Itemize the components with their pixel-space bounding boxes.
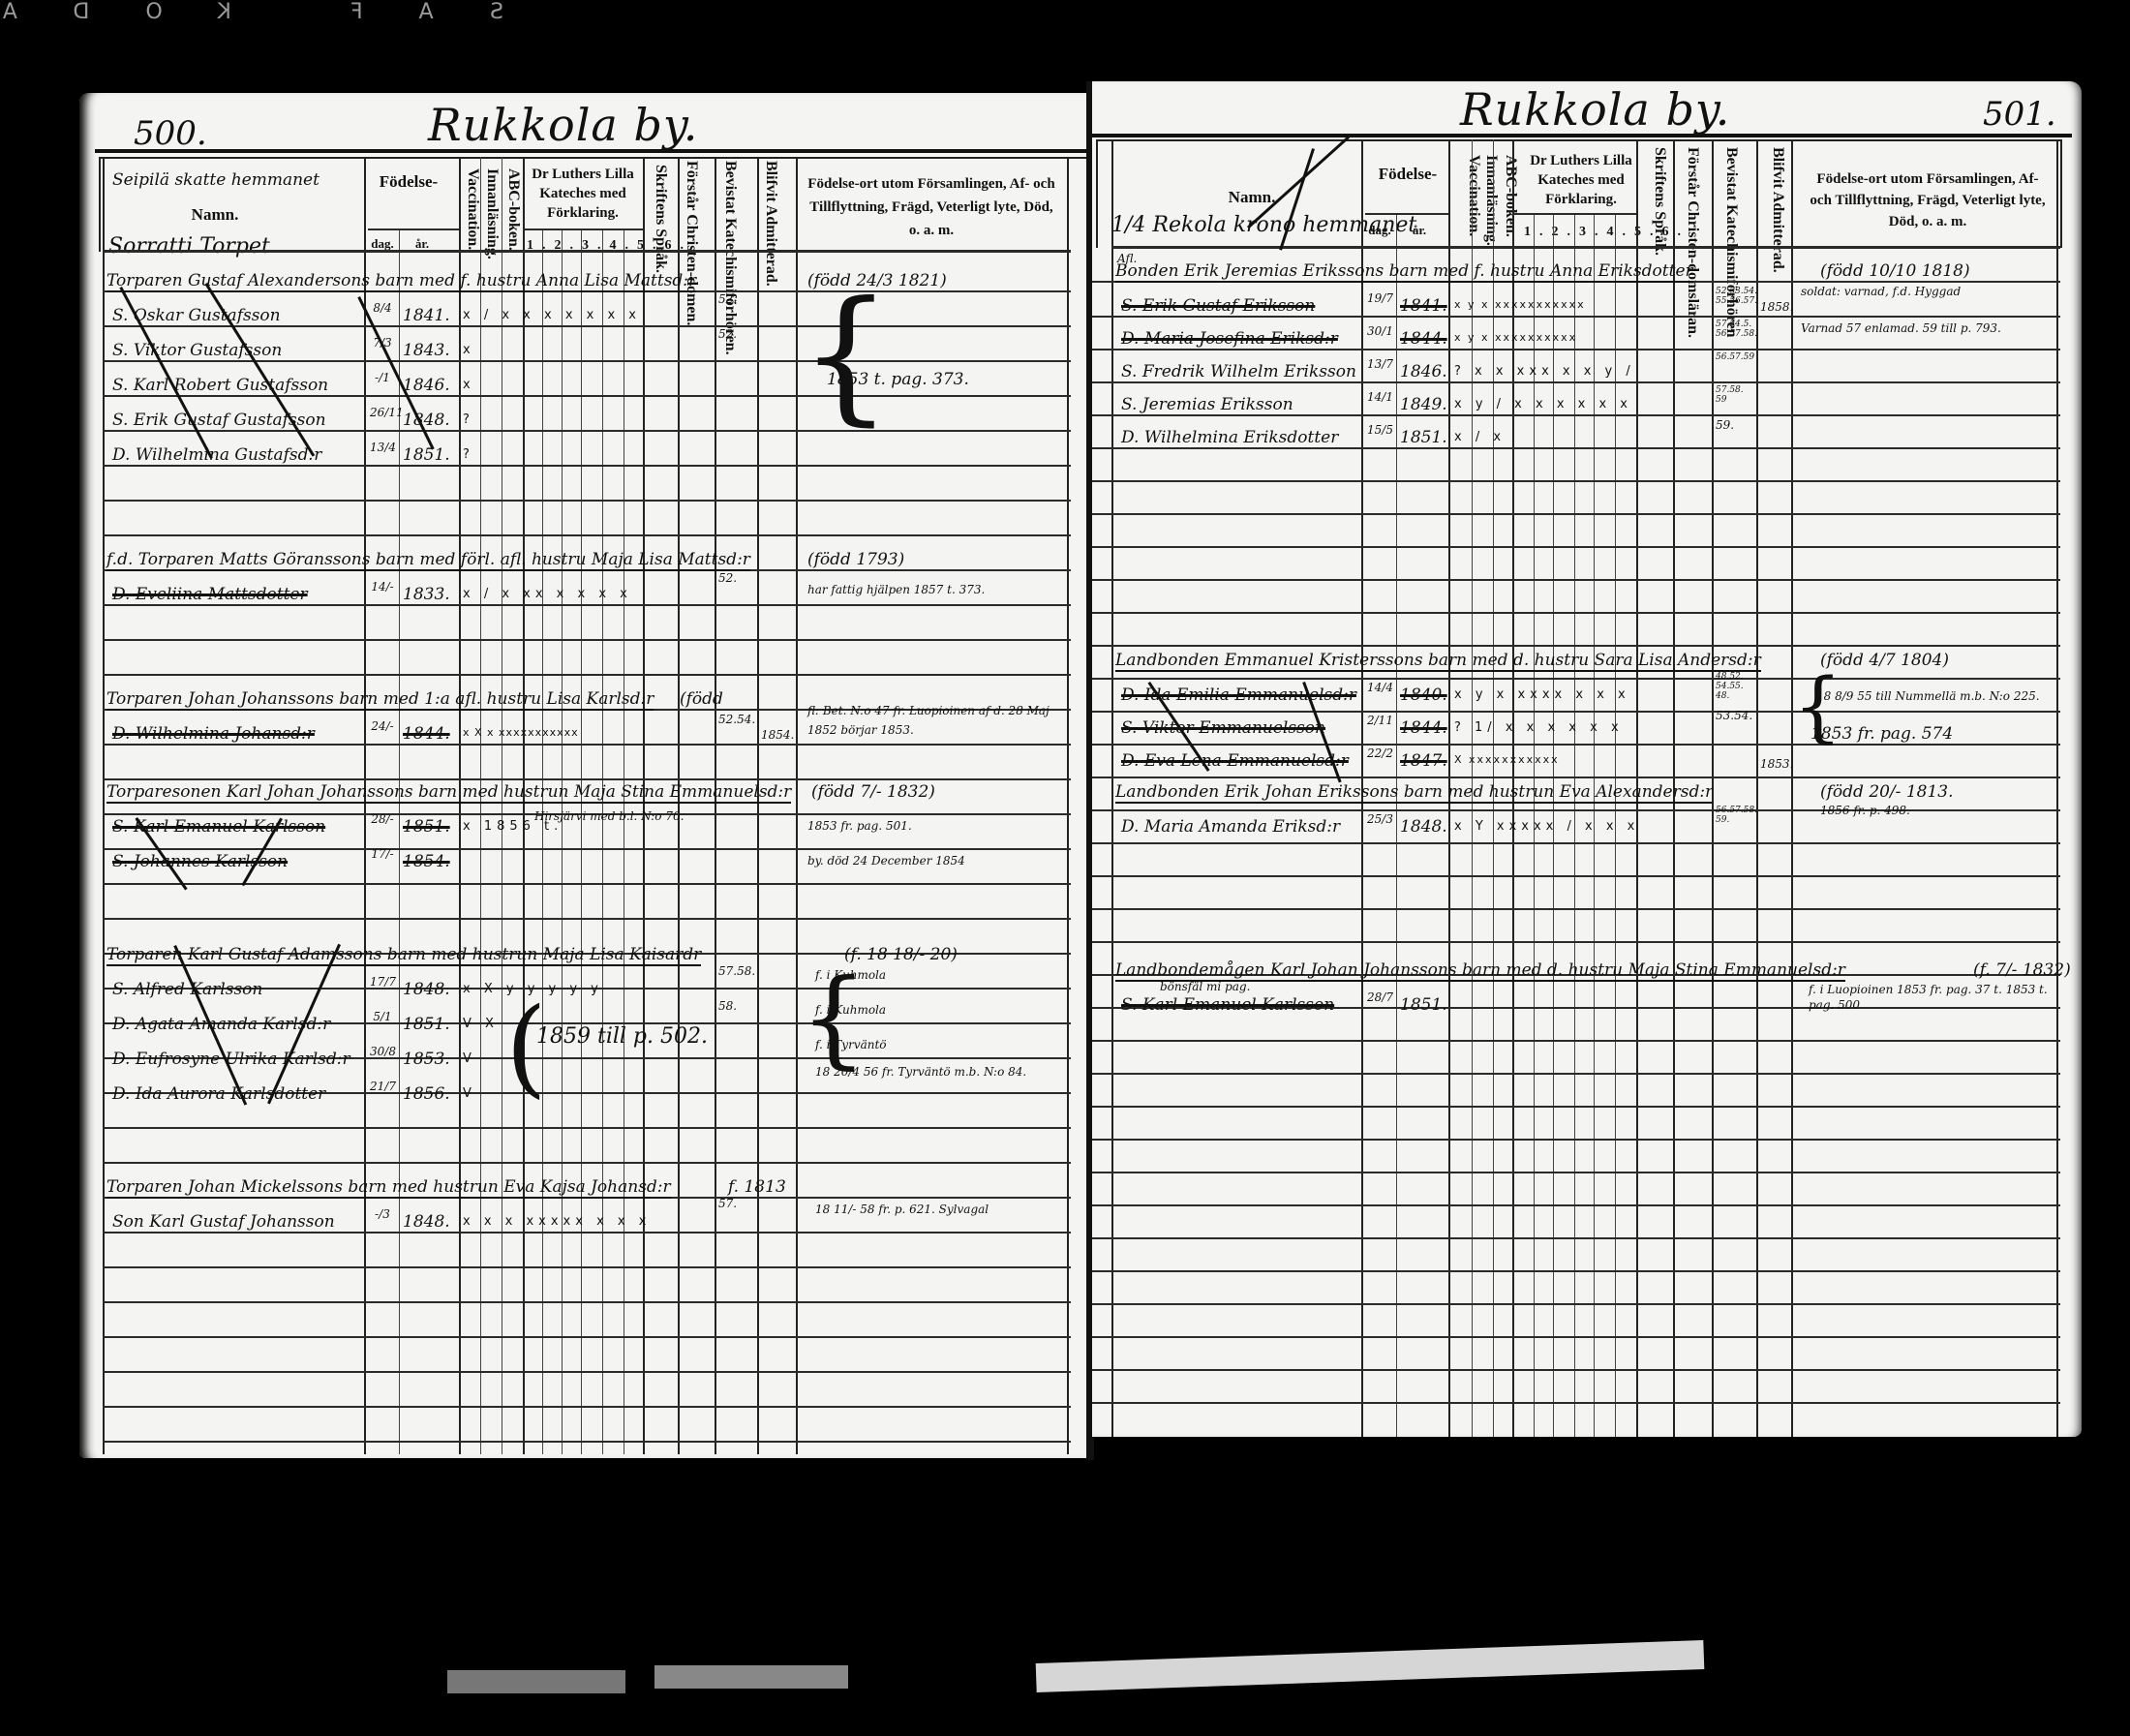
row-rule <box>1092 941 2060 943</box>
member-year: 1844. <box>1400 718 1447 738</box>
header-bottom-rule <box>103 250 1071 253</box>
member-name: D. Eufrosyne Ulrika Karlsd:r <box>112 1050 350 1069</box>
row-rule <box>1092 645 2060 647</box>
member-day: 5/1 <box>370 1011 395 1022</box>
row-rule <box>103 639 1071 641</box>
col-rule <box>1111 139 1113 1437</box>
member-catechism: 57.58. 59 <box>1716 385 1756 405</box>
member-day: 25/3 <box>1367 813 1392 825</box>
member-year: 1846. <box>1400 362 1447 381</box>
page-number: 501. <box>1983 95 2056 134</box>
member-year: 1843. <box>403 341 450 360</box>
member-catechism: 48.52. 54.55. 48. <box>1716 672 1756 701</box>
member-catechism: 57. <box>718 1197 737 1210</box>
member-name: S. Viktor Gustafsson <box>112 341 282 360</box>
col-day: dag. <box>1365 223 1394 238</box>
member-name: D. Wilhelmina Johansd:r <box>112 724 315 744</box>
col-vaccination: Vaccination. <box>465 168 481 275</box>
row-rule <box>1092 809 2060 811</box>
film-edge-mark: SAF KODAK <box>0 0 503 24</box>
member-name: S. Jeremias Eriksson <box>1121 395 1293 414</box>
member-day: -/3 <box>370 1208 395 1220</box>
brace-note: 18 8/9 55 till Nummellä m.b. N:o 225. <box>1816 689 2040 703</box>
row-rule <box>1092 1336 2060 1338</box>
member-year: 1851. <box>403 817 450 837</box>
member-day: 28/7 <box>1367 991 1392 1003</box>
row-rule <box>1092 842 2060 844</box>
household-head: Landbonden Emmanuel Kristerssons barn me… <box>1115 651 1761 672</box>
brace-note: 1859 till p. 502. <box>536 1024 708 1049</box>
brace-mark: { <box>800 283 892 428</box>
member-day: 30/8 <box>370 1046 395 1057</box>
member-name: D. Agata Amanda Karlsd:r <box>112 1015 330 1034</box>
member-year: 1848. <box>403 980 450 999</box>
member-marks: V X <box>463 1017 499 1031</box>
household-head: Torparen Gustaf Alexandersons barn med f… <box>106 271 696 292</box>
row-rule <box>103 883 1071 885</box>
member-marks: x / x x x x x x x <box>463 308 641 322</box>
member-name: D. Maria Josefina Eriksd:r <box>1121 329 1338 349</box>
member-marks: x <box>463 343 475 357</box>
row-rule <box>1092 1369 2060 1371</box>
row-rule <box>103 1232 1071 1233</box>
member-marks: x <box>463 378 475 392</box>
row-rule <box>103 744 1071 746</box>
row-rule <box>103 1336 1071 1338</box>
col-abc: ABC-boken. <box>505 168 522 275</box>
member-day: 28/- <box>370 813 395 825</box>
member-catechism: 52.53.54. 55.56.57. <box>1716 287 1756 306</box>
member-name: S. Fredrik Wilhelm Eriksson <box>1121 362 1356 381</box>
member-year: 1851. <box>403 1015 450 1034</box>
member-name: Son Karl Gustaf Johansson <box>112 1212 335 1232</box>
member-marks: x y / x x x x x x <box>1454 397 1632 411</box>
member-name: S. Karl Robert Gustafsson <box>112 376 328 395</box>
household-remark: f. 1813 <box>728 1177 786 1197</box>
row-rule <box>1092 908 2060 910</box>
row-rule <box>1092 1303 2060 1305</box>
member-marks: x / x xx x x x x <box>463 587 632 601</box>
col-rule <box>602 228 603 1454</box>
col-luther: Dr Luthers Lilla Kateches med Förklaring… <box>1522 151 1640 209</box>
header-bottom-rule <box>1111 246 2060 249</box>
household-remark: (född 20/- 1813. <box>1820 782 1954 802</box>
member-note: 1853 fr. pag. 501. <box>807 819 912 833</box>
row-rule <box>1092 1237 2060 1239</box>
member-marks: X xxxxxxxxxxx <box>1454 753 1560 766</box>
member-year: 1847. <box>1400 751 1447 771</box>
member-day: -/1 <box>370 372 395 383</box>
member-catechism: 58. <box>718 999 737 1013</box>
col-rule <box>480 157 481 1454</box>
member-year: 1848. <box>403 411 450 430</box>
household-head: Torparen Karl Gustaf Adamssons barn med … <box>106 945 701 966</box>
birth-subrule <box>368 228 459 230</box>
member-year: 1851. <box>1400 995 1447 1015</box>
row-rule <box>103 674 1071 676</box>
member-note: har fattig hjälpen 1857 t. 373. <box>807 583 985 596</box>
film-strip <box>654 1665 848 1689</box>
village-title: Rukkola by. <box>428 99 698 151</box>
member-year: 1833. <box>403 585 450 604</box>
row-rule <box>1092 349 2060 350</box>
member-marks: x y x xxxx x x x <box>1454 687 1630 702</box>
col-admitted: Blifvit Admitterad. <box>763 161 779 281</box>
row-rule <box>103 1406 1071 1408</box>
member-note: by. död 24 December 1854 <box>807 854 965 868</box>
row-rule <box>103 1371 1071 1373</box>
col-reading: Innanläsning. <box>484 168 501 275</box>
row-rule <box>103 534 1071 536</box>
row-rule <box>1092 316 2060 318</box>
luther-subrule <box>523 228 643 230</box>
member-name: S. Erik Gustaf Eriksson <box>1121 296 1315 316</box>
header-rule <box>1092 134 2072 137</box>
member-catechism: 56.57.58. 59. <box>1716 806 1756 825</box>
right-page: Rukkola by. 501. Namn. 1/4 Rekola krono … <box>1092 81 2082 1437</box>
col-rule <box>459 157 461 1454</box>
col-christian: Förstår Christen-domen. <box>684 161 700 281</box>
sub-heading: Sorratti Torpet <box>108 234 270 259</box>
member-catechism: 59. <box>1716 418 1734 432</box>
row-rule <box>1092 1402 2060 1404</box>
film-strip <box>1036 1640 1705 1692</box>
header-rule <box>95 149 1086 153</box>
film-strip <box>447 1670 625 1693</box>
member-extra: Hirsjärvi med b.l. N:o 70. <box>534 809 684 823</box>
member-day: 17/- <box>370 848 395 860</box>
col-rule <box>581 228 582 1454</box>
row-rule <box>1092 1139 2060 1141</box>
col-rule <box>2056 139 2058 1437</box>
member-name: D. Wilhelmina Gustafsd:r <box>112 445 321 465</box>
member-marks: V <box>463 1051 476 1066</box>
member-year: 1853. <box>403 1050 450 1069</box>
member-admitted: 1858. <box>1760 300 1793 314</box>
col-remarks: Födelse-ort utom Församlingen, Af- och T… <box>1807 168 2049 232</box>
household-head: Bonden Erik Jeremias Erikssons barn med … <box>1115 261 1693 283</box>
col-year: år. <box>1400 223 1439 238</box>
member-marks: V <box>463 1086 476 1101</box>
col-rule <box>624 228 624 1454</box>
household-head: Landbonden Erik Johan Erikssons barn med… <box>1115 782 1713 804</box>
row-rule <box>1092 744 2060 746</box>
member-day: 26/11 <box>370 407 395 418</box>
member-name: S. Viktor Emmanuelsson <box>1121 718 1325 738</box>
member-name: D. Ida Aurora Karlsdotter <box>112 1084 325 1104</box>
col-birth: Födelse- <box>1369 165 1446 184</box>
member-day: 14/- <box>370 581 395 593</box>
col-rule <box>678 157 680 1454</box>
member-year: 1840. <box>1400 685 1447 705</box>
member-name: D. Eveliina Mattsdotter <box>112 585 308 604</box>
household-note: 1856 fr. p. 498. <box>1820 804 1910 817</box>
member-name: S. Karl Emanuel Karlsson <box>1121 995 1334 1015</box>
left-page: 500. Rukkola by. Seipilä skatte hemmanet… <box>79 93 1086 1458</box>
member-catechism: 57.58. <box>718 964 755 978</box>
row-rule <box>103 500 1071 502</box>
household-remark: (född 10/10 1818) <box>1820 261 1970 281</box>
member-year: 1841. <box>403 306 450 325</box>
household-remark: (född <box>680 689 723 709</box>
row-rule <box>1092 381 2060 383</box>
row-rule <box>1092 777 2060 778</box>
member-marks: x x x xxxxx x x x <box>463 1214 651 1229</box>
page-number: 500. <box>134 114 207 153</box>
col-rule <box>796 157 798 1454</box>
member-marks: x Y xxxxx / x x x <box>1454 819 1639 834</box>
section-heading: Seipilä skatte hemmanet <box>112 170 319 190</box>
col-rule <box>643 157 645 1454</box>
member-year: 1846. <box>403 376 450 395</box>
member-day: 30/1 <box>1367 325 1392 337</box>
member-year: 1844. <box>1400 329 1447 349</box>
row-rule <box>1092 678 2060 680</box>
member-catechism: 56.57.59 <box>1716 352 1754 362</box>
member-day: 13/7 <box>1367 358 1392 370</box>
member-day: 22/2 <box>1367 747 1392 759</box>
member-year: 1848. <box>403 1212 450 1232</box>
member-marks: ? <box>463 447 474 462</box>
row-rule <box>103 1266 1071 1268</box>
member-marks: ? <box>463 412 474 427</box>
member-catechism: 52. <box>718 571 737 585</box>
household-remark: (född 1793) <box>807 550 904 569</box>
household-remark: (f. 7/- 1832) <box>1973 960 2071 980</box>
member-year: 1844. <box>403 724 450 744</box>
row-rule <box>1092 579 2060 581</box>
col-rule <box>103 157 105 1454</box>
row-rule <box>1092 1040 2060 1042</box>
brace-mark: { <box>800 964 867 1071</box>
col-rule <box>1396 213 1397 1437</box>
member-day: 21/7 <box>370 1081 395 1092</box>
household-head: Torparen Johan Johanssons barn med 1:a a… <box>106 689 654 711</box>
household-head: f.d. Torparen Matts Göranssons barn med … <box>106 550 750 571</box>
member-note: f. i Luopioinen 1853 fr. pag. 37 t. 1853… <box>1809 982 2056 1013</box>
row-rule <box>1092 447 2060 449</box>
member-day: 8/4 <box>370 302 395 314</box>
row-rule <box>103 1301 1071 1303</box>
col-rule <box>523 157 525 1454</box>
member-year: 1854. <box>403 852 450 871</box>
col-rule <box>757 157 759 1454</box>
row-rule <box>103 604 1071 606</box>
row-rule <box>103 465 1071 467</box>
row-rule <box>103 1162 1071 1164</box>
row-rule <box>1092 1172 2060 1173</box>
member-marks: ? 1/ x x x x x x <box>1454 720 1624 735</box>
member-admitted: 1854. <box>761 728 794 742</box>
household-head: Landbondemågen Karl Johan Johanssons bar… <box>1115 960 1845 982</box>
member-year: 1849. <box>1400 395 1447 414</box>
household-head: Torparen Johan Mickelssons barn med hust… <box>106 1177 671 1199</box>
member-day: 13/4 <box>370 442 395 453</box>
row-rule <box>1092 711 2060 713</box>
household-remark: (född 7/- 1832) <box>811 782 935 802</box>
row-rule <box>1092 875 2060 877</box>
row-rule <box>1092 513 2060 515</box>
row-rule <box>1092 414 2060 416</box>
col-catechism: Bevistat Katechismiförhören. <box>722 161 739 281</box>
member-day: 14/4 <box>1367 682 1392 693</box>
brace-mark: { <box>1793 668 1842 746</box>
member-note: soldat: varnad, f.d. Hyggad <box>1801 285 1961 298</box>
member-marks: x / x <box>1454 430 1506 444</box>
row-rule <box>103 778 1071 780</box>
member-note: fl: Bet. N:o 47 fr. Luopioinen af d. 28 … <box>807 701 1065 740</box>
col-rule <box>715 157 716 1454</box>
row-rule <box>1092 546 2060 548</box>
member-day: 24/- <box>370 720 395 732</box>
village-title: Rukkola by. <box>1460 83 1730 136</box>
member-catechism: 57.54.5. 56.57.58. <box>1716 320 1756 339</box>
member-catechism: 52.54. <box>718 713 755 726</box>
row-rule <box>103 1127 1071 1129</box>
col-name: Namn. <box>186 205 244 225</box>
member-year: 1856. <box>403 1084 450 1104</box>
row-rule <box>1092 1073 2060 1075</box>
member-marks: ? x x xxx x x y / <box>1454 364 1635 379</box>
col-luther-parts: 1.2.3.4.5.6. <box>1524 225 1642 240</box>
member-day: 14/1 <box>1367 391 1392 403</box>
member-admitted: 1853. <box>1760 757 1793 771</box>
col-remarks: Födelse-ort utom Församlingen, Af- och T… <box>806 172 1057 242</box>
col-rule <box>502 157 502 1454</box>
col-rule <box>562 228 563 1454</box>
member-name: D. Maria Amanda Eriksd:r <box>1121 817 1340 837</box>
member-note: Varnad 57 enlamad. 59 till p. 793. <box>1801 321 2043 335</box>
member-day: 2/11 <box>1367 715 1392 726</box>
member-marks: x y x xxxxxxxxxxx <box>1454 298 1586 311</box>
birth-subrule <box>1365 213 1448 215</box>
col-birth: Födelse- <box>370 172 447 192</box>
col-luther: Dr Luthers Lilla Kateches med Förklaring… <box>525 165 641 223</box>
member-year: 1841. <box>1400 296 1447 316</box>
row-rule <box>103 325 1071 327</box>
col-rule <box>1067 157 1069 1454</box>
luther-subrule <box>1512 213 1636 215</box>
row-rule <box>1092 612 2060 614</box>
row-rule <box>103 430 1071 432</box>
member-marks: x y x xxxxxxxxxx <box>1454 331 1577 344</box>
row-rule <box>1092 1270 2060 1272</box>
member-catechism: 52. <box>718 292 737 306</box>
row-rule <box>103 1441 1071 1443</box>
row-rule <box>103 360 1071 362</box>
member-year: 1851. <box>1400 428 1447 447</box>
row-rule <box>1092 480 2060 482</box>
col-rule <box>542 228 543 1454</box>
member-day: 15/5 <box>1367 424 1392 436</box>
row-rule <box>103 918 1071 920</box>
row-rule <box>1092 1106 2060 1108</box>
member-extra: bönsfäl mi pag. <box>1160 980 1250 993</box>
row-rule <box>103 395 1071 397</box>
member-year: 1848. <box>1400 817 1447 837</box>
member-marks: x X x xxxxxxxxxxx <box>463 726 579 739</box>
member-day: 19/7 <box>1367 292 1392 304</box>
col-rule <box>1791 139 1793 1437</box>
row-rule <box>1092 1204 2060 1206</box>
member-catechism: 53.54. <box>1716 709 1752 722</box>
member-name: D. Eva Lena Emmanuelsd:r <box>1121 751 1349 771</box>
row-rule <box>103 848 1071 850</box>
member-name: S. Alfred Karlsson <box>112 980 262 999</box>
member-day: 17/7 <box>370 976 395 988</box>
col-scripture: Skriftens Språk. <box>653 165 669 281</box>
member-year: 1851. <box>403 445 450 465</box>
member-name: D. Wilhelmina Eriksdotter <box>1121 428 1338 447</box>
member-catechism: 52. <box>718 327 737 341</box>
household-head: Torparesonen Karl Johan Johanssons barn … <box>106 782 791 804</box>
col-rule <box>364 157 366 1454</box>
brace-note: 1853 t. pag. 373. <box>827 370 969 389</box>
member-note: 18 11/- 58 fr. p. 621. Sylvagal <box>815 1203 989 1216</box>
